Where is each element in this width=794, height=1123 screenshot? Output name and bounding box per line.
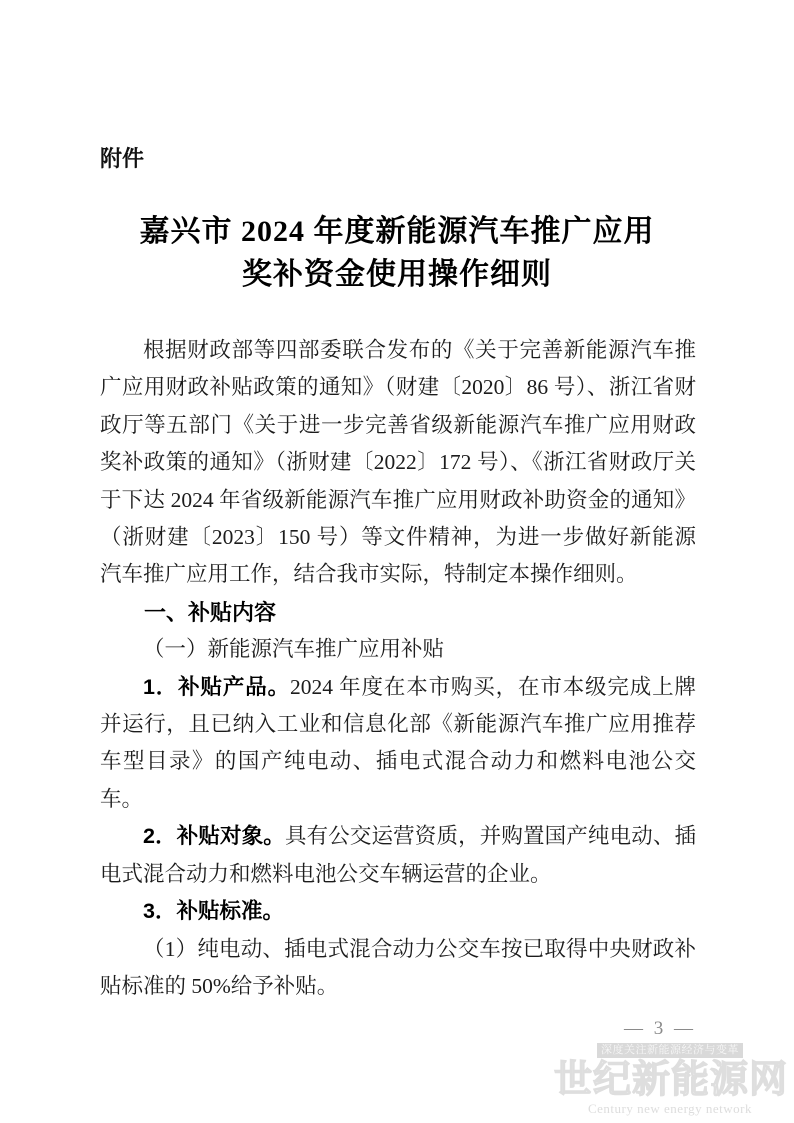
subsection-1-1-heading: （一）新能源汽车推广应用补贴 (100, 631, 696, 668)
attachment-label: 附件 (100, 142, 144, 173)
document-page: 附件 嘉兴市 2024 年度新能源汽车推广应用 奖补资金使用操作细则 根据财政部… (0, 0, 794, 1123)
item-3-lead: 3．补贴标准。 (143, 899, 284, 923)
document-body: 根据财政部等四部委联合发布的《关于完善新能源汽车推广应用财政补贴政策的通知》（财… (100, 332, 696, 1005)
watermark-brand: 世纪新能源网 (554, 1060, 786, 1100)
item-3-paragraph: 3．补贴标准。 (100, 893, 696, 930)
item-2-lead: 2．补贴对象。 (143, 824, 285, 848)
sub-item-1-paragraph: （1）纯电动、插电式混合动力公交车按已取得中央财政补贴标准的 50%给予补贴。 (100, 931, 696, 1006)
item-1-lead: 1．补贴产品。 (143, 675, 290, 699)
title-line-1: 嘉兴市 2024 年度新能源汽车推广应用 (0, 210, 794, 253)
document-title: 嘉兴市 2024 年度新能源汽车推广应用 奖补资金使用操作细则 (0, 210, 794, 296)
item-1-paragraph: 1．补贴产品。2024 年度在本市购买，在市本级完成上牌并运行，且已纳入工业和信… (100, 669, 696, 819)
title-line-2: 奖补资金使用操作细则 (0, 253, 794, 296)
item-2-paragraph: 2．补贴对象。具有公交运营资质，并购置国产纯电动、插电式混合动力和燃料电池公交车… (100, 818, 696, 893)
intro-paragraph: 根据财政部等四部委联合发布的《关于完善新能源汽车推广应用财政补贴政策的通知》（财… (100, 332, 696, 594)
page-number: — 3 — (624, 1018, 696, 1040)
watermark-brand-english: Century new energy network (554, 1101, 786, 1117)
watermark: 深度关注新能源经济与变革 世纪新能源网 Century new energy n… (554, 1040, 786, 1117)
section-1-heading: 一、补贴内容 (100, 594, 696, 631)
watermark-slogan: 深度关注新能源经济与变革 (597, 1043, 743, 1058)
